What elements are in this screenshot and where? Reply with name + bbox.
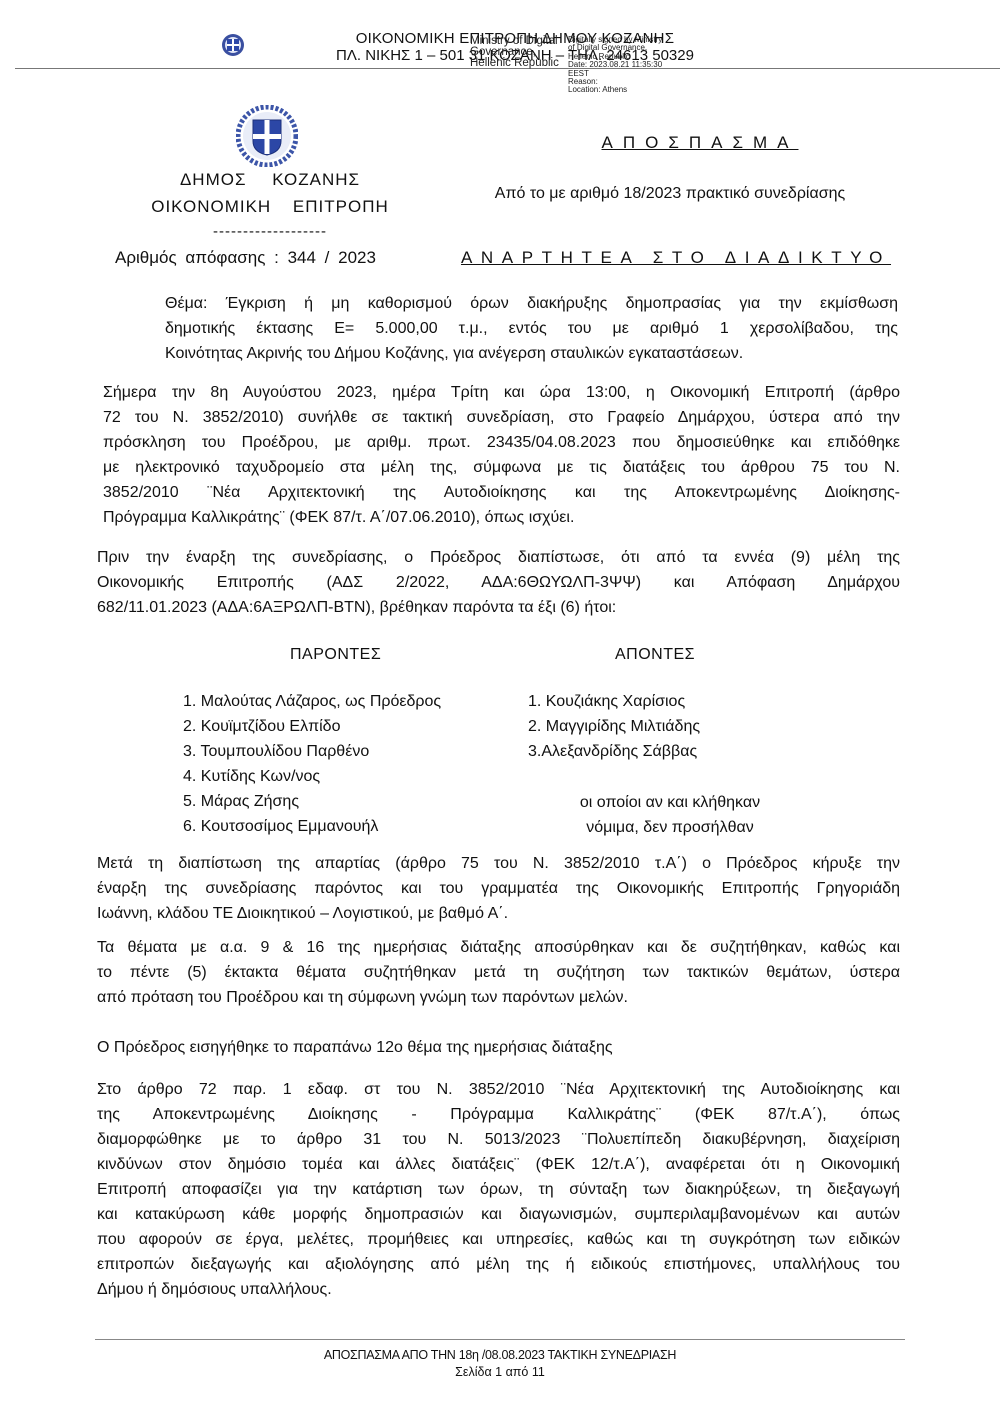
text-line: Πρόγραμμα Καλλικράτης¨ (ΦΕΚ 87/τ. Α΄/07.… xyxy=(97,505,900,530)
absent-members-list: 1. Κουζιάκης Χαρίσιος 2. Μαγγιρίδης Μιλτ… xyxy=(528,689,700,764)
text-line: Κοινότητας Ακρινής του Δήμου Κοζάνης, γι… xyxy=(165,341,898,366)
list-item: 2. Κουϊμτζίδου Ελπίδο xyxy=(183,714,441,739)
agenda-paragraph: Τα θέματα με α.α. 9 & 16 της ημερήσιας δ… xyxy=(97,935,900,1010)
text-line: το πέντε (5) έκτακτα θέματα συζητήθηκαν … xyxy=(97,960,900,985)
text-line: κινδύνων στον δημόσιο τομέα και άλλες δι… xyxy=(97,1152,900,1177)
text-line: 682/11.01.2023 (ΑΔΑ:6ΑΞΡΩΛΠ-ΒΤΝ), βρέθηκ… xyxy=(97,595,900,620)
present-header: ΠΑΡΟΝΤΕΣ xyxy=(290,646,381,664)
footer-title: ΑΠΟΣΠΑΣΜΑ ΑΠΟ ΤΗΝ 18η /08.08.2023 ΤΑΚΤΙΚ… xyxy=(0,1348,1000,1362)
text-line: Μετά τη διαπίστωση της απαρτίας (άρθρο 7… xyxy=(97,851,900,876)
text-line: δημοτικής έκτασης Ε= 5.000,00 τ.μ., εντό… xyxy=(165,316,898,341)
list-item: 5. Μάρας Ζήσης xyxy=(183,789,441,814)
text-line: από πρόταση του Προέδρου και τη σύμφωνη … xyxy=(97,985,900,1010)
text-line: Πριν την έναρξη της συνεδρίασης, ο Πρόεδ… xyxy=(97,545,900,570)
proposal-paragraph: Ο Πρόεδρος εισηγήθηκε το παραπάνω 12ο θέ… xyxy=(97,1035,900,1060)
list-item: 1. Μαλούτας Λάζαρος, ως Πρόεδρος xyxy=(183,689,441,714)
absent-note: οι οποίοι αν και κλήθηκαν νόμιμα, δεν πρ… xyxy=(520,790,820,840)
text-line: οι οποίοι αν και κλήθηκαν xyxy=(520,790,820,815)
digital-signature-name: Ministry of Digital Governance, Hellenic… xyxy=(470,36,559,69)
page-number: Σελίδα 1 από 11 xyxy=(0,1365,1000,1379)
legal-basis-paragraph: Στο άρθρο 72 παρ. 1 εδαφ. στ του Ν. 3852… xyxy=(97,1077,900,1302)
quorum-confirmation-paragraph: Μετά τη διαπίστωση της απαρτίας (άρθρο 7… xyxy=(97,851,900,926)
absent-header: ΑΠΟΝΤΕΣ xyxy=(615,646,695,664)
text-line: Επιτροπή αποφασίζει για την κατάρτιση τω… xyxy=(97,1177,900,1202)
list-item: 4. Κυτίδης Κων/νος xyxy=(183,764,441,789)
text-line: 3852/2010 ¨Νέα Αρχιτεκτονική της Αυτοδιο… xyxy=(97,480,900,505)
text-line: με ηλεκτρονικό ταχυδρομείο στα μέλη της,… xyxy=(97,455,900,480)
list-item: 2. Μαγγιρίδης Μιλτιάδης xyxy=(528,714,700,739)
municipality-name: ΔΗΜΟΣ ΚΟΖΑΝΗΣ xyxy=(130,170,410,190)
list-item: 1. Κουζιάκης Χαρίσιος xyxy=(528,689,700,714)
text-line: επιτροπών διεξαγωγής και αξιολόγησης από… xyxy=(97,1252,900,1277)
text-line: που αφορούν σε έργα, μελέτες, προμήθειες… xyxy=(97,1227,900,1252)
text-line: Ιωάννη, κλάδου ΤΕ Διοικητικού – Λογιστικ… xyxy=(97,901,900,926)
committee-name: ΟΙΚΟΝΟΜΙΚΗ ΕΠΙΤΡΟΠΗ xyxy=(130,197,410,217)
list-item: 3.Αλεξανδρίδης Σάββας xyxy=(528,739,700,764)
text-line: Δήμου ή δημόσιους υπαλλήλους. xyxy=(97,1277,900,1302)
text-line: 72 του Ν. 3852/2010) συνήλθε σε τακτική … xyxy=(97,405,900,430)
text-line: πρόσκληση του Προέδρου, με αριθμ. πρωτ. … xyxy=(97,430,900,455)
text-line: της Αποκεντρωμένης Διοίκησης - Πρόγραμμα… xyxy=(97,1102,900,1127)
text-line: Ο Πρόεδρος εισηγήθηκε το παραπάνω 12ο θέ… xyxy=(97,1035,900,1060)
list-item: 6. Κουτσοσίμος Εμμανουήλ xyxy=(183,814,441,839)
separator-dashes: ------------------- xyxy=(130,223,410,240)
signature-detail-line: Location: Athens xyxy=(568,86,662,94)
digital-signature-details: Digitally signed by Ministry of Digital … xyxy=(568,36,662,95)
text-line: Θέμα: Έγκριση ή μη καθορισμού όρων διακή… xyxy=(165,291,898,316)
text-line: διαμορφώθηκε με το άρθρο 31 του Ν. 5013/… xyxy=(97,1127,900,1152)
document-type-title: ΑΠΟΣΠΑΣΜΑ xyxy=(430,133,910,153)
text-line: νόμιμα, δεν προσήλθαν xyxy=(520,815,820,840)
text-line: Τα θέματα με α.α. 9 & 16 της ημερήσιας δ… xyxy=(97,935,900,960)
present-members-list: 1. Μαλούτας Λάζαρος, ως Πρόεδρος 2. Κουϊ… xyxy=(183,689,441,839)
publish-notice: ΑΝΑΡΤΗΤΕΑ ΣΤΟ ΔΙΑΔΙΚΤΥΟ xyxy=(430,248,910,268)
text-line: έναρξη της συνεδρίασης παρόντος και του … xyxy=(97,876,900,901)
signature-line: Hellenic Republic xyxy=(470,58,559,69)
decision-number: Αριθμός απόφασης : 344 / 2023 xyxy=(115,248,376,268)
text-line: και κατακύρωση κάθε μορφής δημοπρασιών κ… xyxy=(97,1202,900,1227)
list-item: 3. Τουμπουλίδου Παρθένο xyxy=(183,739,441,764)
footer-divider xyxy=(95,1339,905,1340)
coat-of-arms-icon xyxy=(236,105,298,167)
text-line: Σήμερα την 8η Αυγούστου 2023, ημέρα Τρίτ… xyxy=(97,380,900,405)
quorum-paragraph: Πριν την έναρξη της συνεδρίασης, ο Πρόεδ… xyxy=(97,545,900,620)
text-line: Οικονομικής Επιτροπής (ΑΔΣ 2/2022, ΑΔΑ:6… xyxy=(97,570,900,595)
minutes-reference: Από το με αριθμό 18/2023 πρακτικό συνεδρ… xyxy=(430,185,910,203)
subject-paragraph: Θέμα: Έγκριση ή μη καθορισμού όρων διακή… xyxy=(165,291,898,366)
text-line: Στο άρθρο 72 παρ. 1 εδαφ. στ του Ν. 3852… xyxy=(97,1077,900,1102)
meeting-intro-paragraph: Σήμερα την 8η Αυγούστου 2023, ημέρα Τρίτ… xyxy=(97,380,900,530)
